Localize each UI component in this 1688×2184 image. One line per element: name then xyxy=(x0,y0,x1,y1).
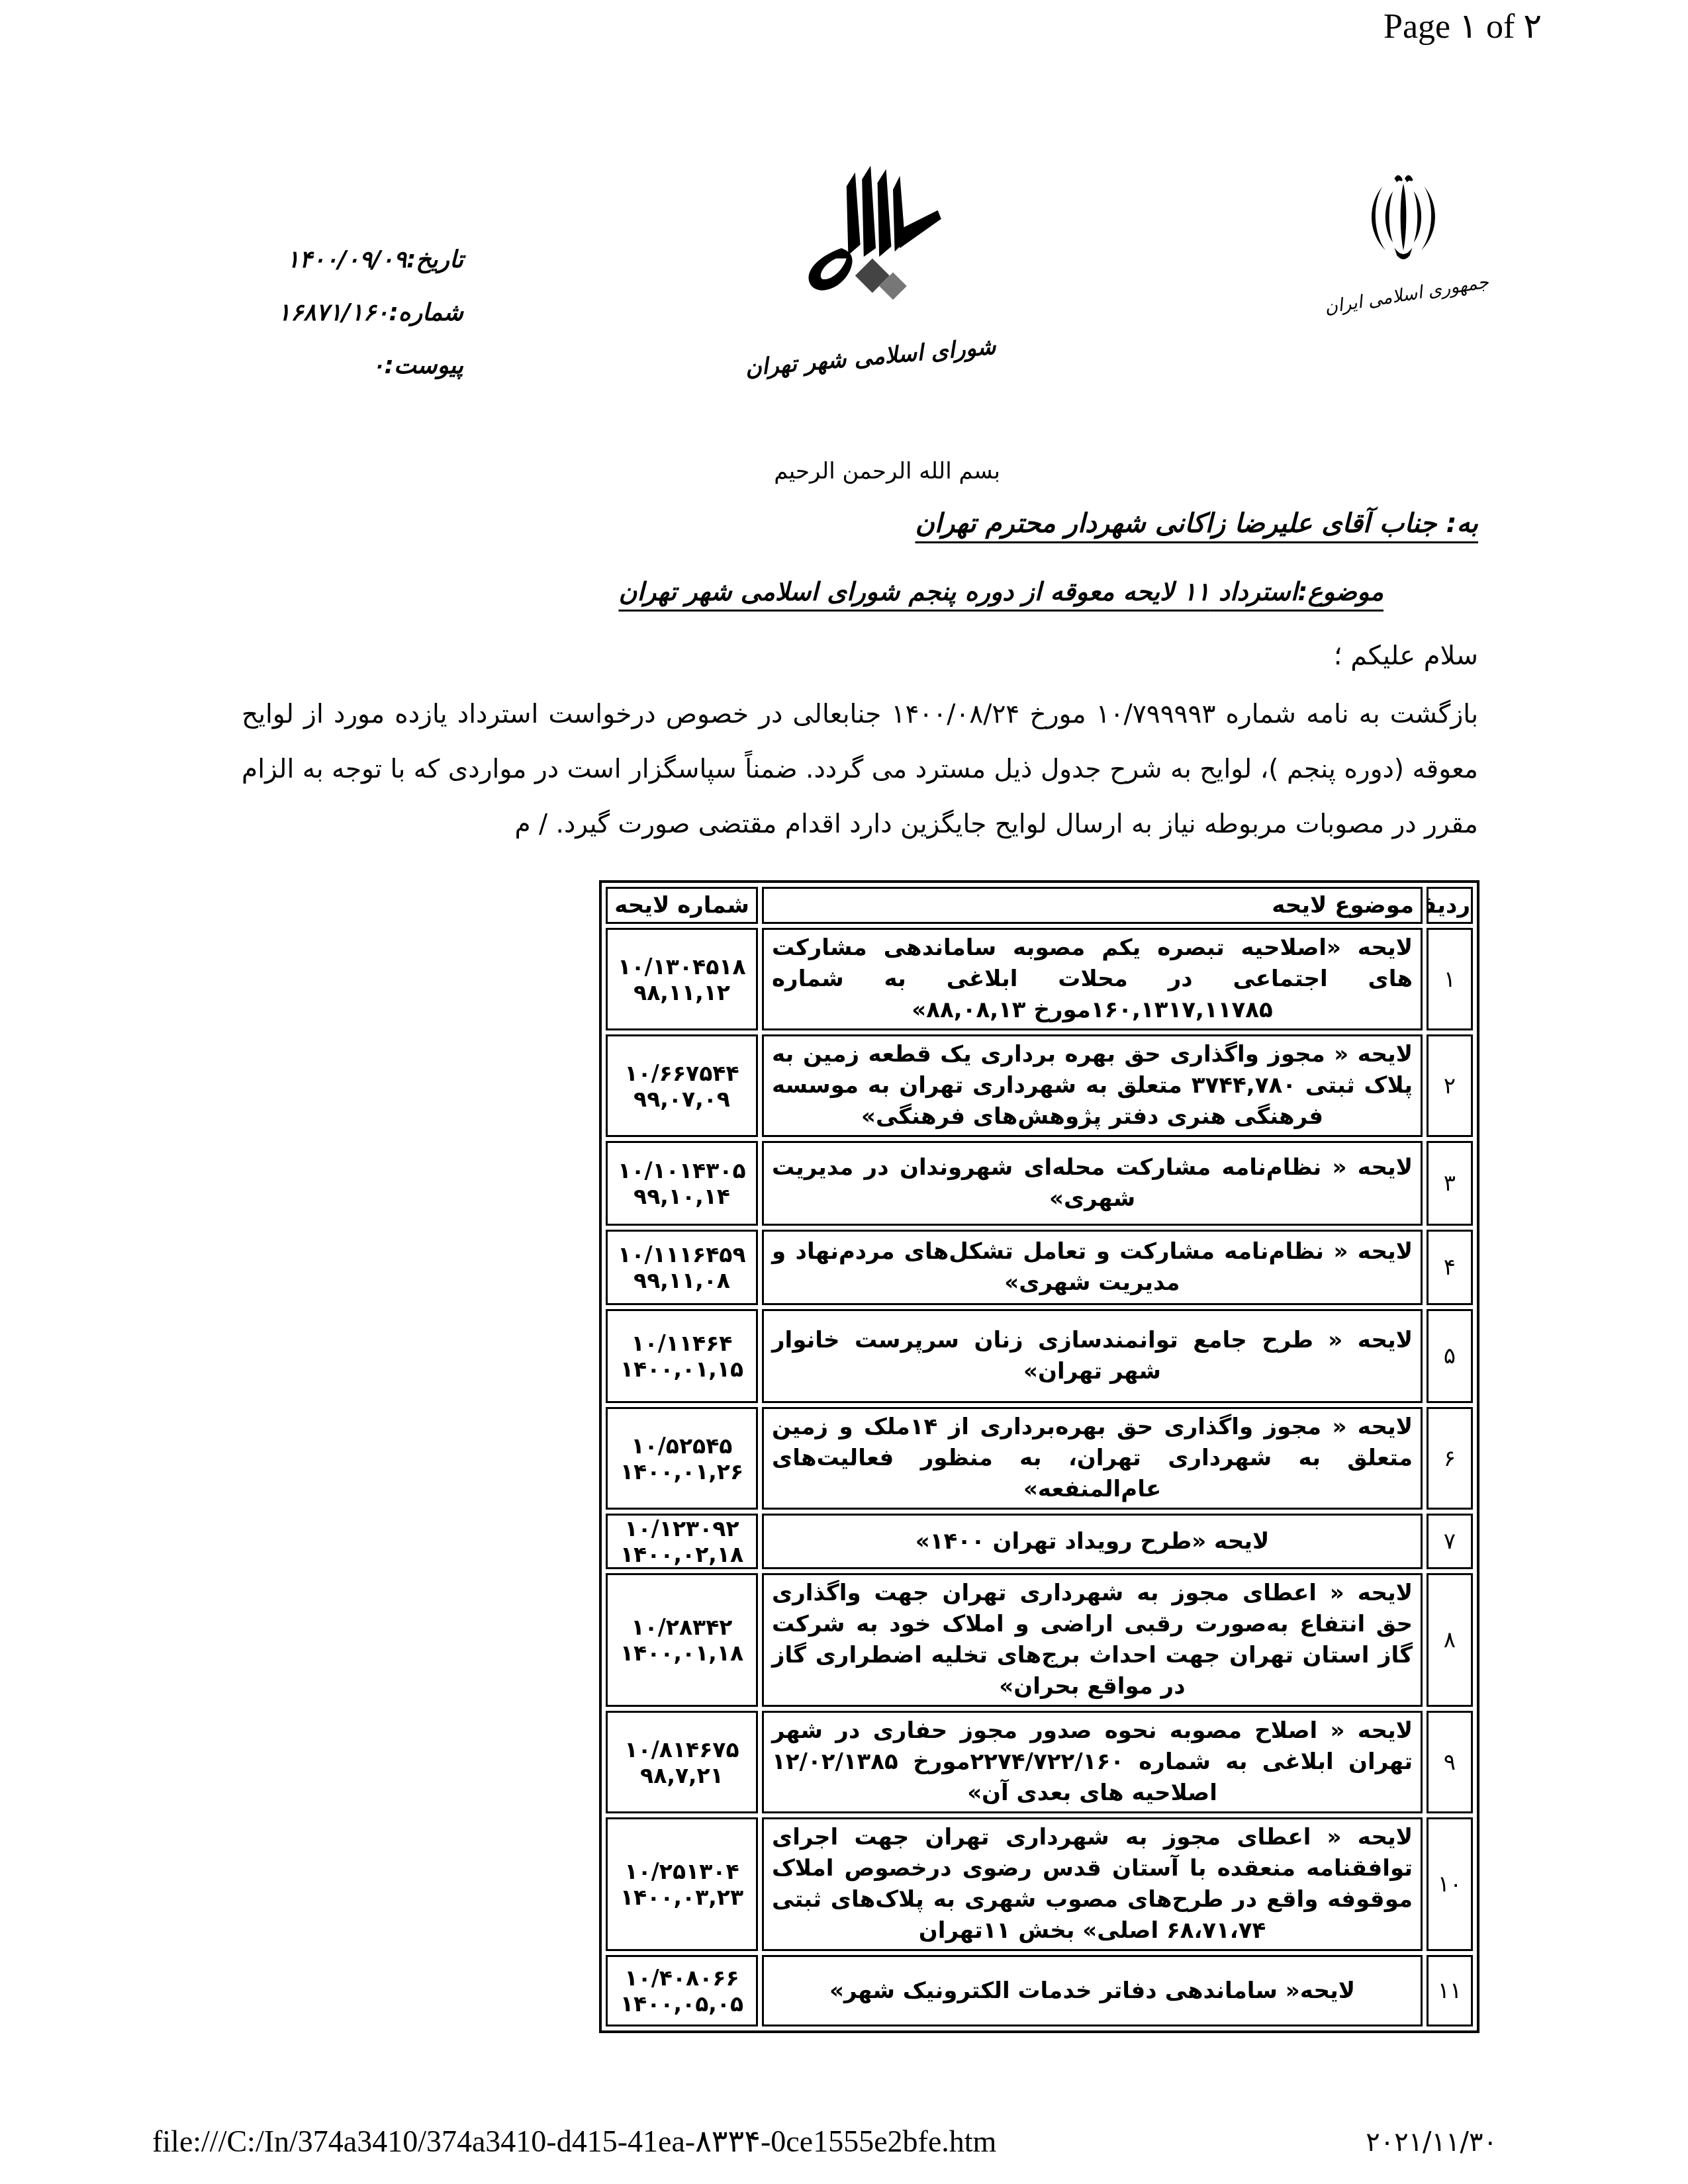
bill-number: ۱۰/۱۳۰۴۵۱۸ xyxy=(618,954,745,979)
bill-number: ۱۰/۱۲۳۰۹۲ xyxy=(624,1516,739,1541)
bill-subject: لایحه « اعطای مجوز به شهرداری تهران جهت … xyxy=(762,1817,1423,1951)
bill-date: ۱۴۰۰,۰۳,۲۳ xyxy=(620,1884,743,1910)
bill-number: ۱۰/۱۱۱۶۴۵۹ xyxy=(618,1242,745,1267)
bill-subject: لایحه « مجوز واگذاری حق بهره برداری یک ق… xyxy=(762,1034,1423,1137)
row-index: ۱ xyxy=(1427,928,1473,1030)
addressee-line: به: جناب آقای علیرضا زاکانی شهردار محترم… xyxy=(915,508,1478,539)
bill-number-date: ۱۰/۸۱۴۶۷۵۹۸,۷,۲۱ xyxy=(608,1737,756,1788)
table-row: ۹ لایحه « اصلاح مصوبه نحوه صدور مجوز حفا… xyxy=(606,1711,1473,1813)
bill-number: ۱۰/۴۰۸۰۶۶ xyxy=(624,1965,739,1991)
row-index: ۱۱ xyxy=(1427,1955,1473,2026)
bill-date: ۱۴۰۰,۰۵,۰۵ xyxy=(620,1991,743,2017)
table-row: ۴ لایحه « نظام‌نامه مشارکت و تعامل تشکل‌… xyxy=(606,1230,1473,1305)
table-row: ۱۰ لایحه « اعطای مجوز به شهرداری تهران ج… xyxy=(606,1817,1473,1951)
iran-emblem-caption: جمهوری اسلامی ایران xyxy=(1313,270,1499,319)
column-header-subject: موضوع لایحه xyxy=(762,887,1423,924)
table-row: ۳ لایحه « نظام‌نامه مشارکت محله‌ای شهرون… xyxy=(606,1141,1473,1226)
page-number: Page ۱ of ۲ xyxy=(1383,7,1542,46)
bill-subject: لایحه « نظام‌نامه مشارکت و تعامل تشکل‌ها… xyxy=(762,1230,1423,1305)
subject-line: موضوع:استرداد ۱۱ لایحه معوقه از دوره پنج… xyxy=(619,577,1384,606)
table-row: ۱ لایحه «اصلاحیه تبصره یکم مصوبه سامانده… xyxy=(606,928,1473,1030)
column-header-index: ردیف xyxy=(1427,887,1473,924)
letter-body-paragraph: بازگشت به نامه شماره ۱۰/۷۹۹۹۹۳ مورخ ۱۴۰۰… xyxy=(242,687,1478,852)
bill-number: ۱۰/۲۸۳۴۲ xyxy=(631,1614,732,1640)
bill-subject: لایحه« ساماندهی دفاتر خدمات الکترونیک شه… xyxy=(762,1955,1423,2026)
bill-number-date: ۱۰/۱۱۱۶۴۵۹۹۹,۱۱,۰۸ xyxy=(608,1242,756,1293)
bill-number-date: ۱۰/۲۸۳۴۲۱۴۰۰,۰۱,۱۸ xyxy=(608,1614,756,1666)
bill-number-date: ۱۰/۴۰۸۰۶۶۱۴۰۰,۰۵,۰۵ xyxy=(608,1965,756,2017)
row-index: ۱۰ xyxy=(1427,1817,1473,1951)
table-row: ۲ لایحه « مجوز واگذاری حق بهره برداری یک… xyxy=(606,1034,1473,1137)
table-row: ۸ لایحه « اعطای مجوز به شهرداری تهران جه… xyxy=(606,1573,1473,1707)
bill-number: ۱۰/۶۶۷۵۴۴ xyxy=(624,1060,739,1086)
row-index: ۳ xyxy=(1427,1141,1473,1226)
iran-emblem-icon xyxy=(1350,171,1456,273)
bill-date: ۹۹,۱۱,۰۸ xyxy=(633,1267,730,1293)
column-header-number: شماره لایحه xyxy=(606,887,758,924)
bill-subject: لایحه «طرح رویداد تهران ۱۴۰۰» xyxy=(762,1514,1423,1569)
bill-date: ۹۹,۰۷,۰۹ xyxy=(633,1086,730,1112)
row-index: ۲ xyxy=(1427,1034,1473,1137)
bill-date: ۱۴۰۰,۰۲,۱۸ xyxy=(620,1541,743,1567)
row-index: ۸ xyxy=(1427,1573,1473,1707)
bill-number: ۱۰/۸۱۴۶۷۵ xyxy=(624,1737,739,1762)
bills-table: ردیف موضوع لایحه شماره لایحه ۱ لایحه «اص… xyxy=(599,880,1479,2033)
bill-number: ۱۰/۵۲۵۴۵ xyxy=(631,1433,732,1459)
salutation-line: سلام علیکم ؛ xyxy=(1334,641,1478,671)
bill-date: ۱۴۰۰,۰۱,۲۶ xyxy=(620,1459,743,1484)
bill-subject: لایحه « اعطای مجوز به شهرداری تهران جهت … xyxy=(762,1573,1423,1707)
bill-number-date: ۱۰/۲۵۱۳۰۴۱۴۰۰,۰۳,۲۳ xyxy=(608,1858,756,1910)
row-index: ۴ xyxy=(1427,1230,1473,1305)
date-field: تاریخ:۱۴۰۰/۰۹/۰۹ xyxy=(152,246,463,299)
bill-number-date: ۱۰/۱۱۴۶۴۱۴۰۰,۰۱,۱۵ xyxy=(608,1330,756,1382)
table-row: ۵ لایحه « طرح جامع توانمندسازی زنان سرپر… xyxy=(606,1309,1473,1403)
council-logo-caption: شورای اسلامی شهر تهران xyxy=(741,333,1000,382)
bill-number-date: ۱۰/۶۶۷۵۴۴۹۹,۰۷,۰۹ xyxy=(608,1060,756,1112)
number-field: شماره:۱۶۸۷۱/۱۶۰ xyxy=(152,299,463,352)
footer-date: ۲۰۲۱/۱۱/۳۰ xyxy=(1366,2127,1497,2158)
row-index: ۹ xyxy=(1427,1711,1473,1813)
bill-date: ۱۴۰۰,۰۱,۱۸ xyxy=(620,1640,743,1666)
table-row: ۶ لایحه « مجوز واگذاری حق بهره‌برداری از… xyxy=(606,1407,1473,1510)
bill-number: ۱۰/۱۱۴۶۴ xyxy=(631,1330,732,1356)
bill-number-date: ۱۰/۱۲۳۰۹۲۱۴۰۰,۰۲,۱۸ xyxy=(608,1516,756,1567)
bill-date: ۹۹,۱۰,۱۴ xyxy=(633,1183,730,1209)
tehran-council-logo-icon xyxy=(788,162,947,334)
table-row: ۷ لایحه «طرح رویداد تهران ۱۴۰۰» ۱۰/۱۲۳۰۹… xyxy=(606,1514,1473,1569)
bill-number-date: ۱۰/۱۳۰۴۵۱۸۹۸,۱۱,۱۲ xyxy=(608,954,756,1005)
bill-subject: لایحه «اصلاحیه تبصره یکم مصوبه ساماندهی … xyxy=(762,928,1423,1030)
footer-file-url: file:///C:/In/374a3410/374a3410-d415-41e… xyxy=(152,2123,996,2159)
bill-subject: لایحه « مجوز واگذاری حق بهره‌برداری از ۱… xyxy=(762,1407,1423,1510)
table-header-row: ردیف موضوع لایحه شماره لایحه xyxy=(606,887,1473,924)
bill-subject: لایحه « اصلاح مصوبه نحوه صدور مجوز حفاری… xyxy=(762,1711,1423,1813)
letter-meta-fields: تاریخ:۱۴۰۰/۰۹/۰۹ شماره:۱۶۸۷۱/۱۶۰ پیوست:۰ xyxy=(152,246,463,405)
bismillah-line: بسم الله الرحمن الرحیم xyxy=(761,458,1013,484)
scanned-letter-page: Page ۱ of ۲ تاریخ:۱۴۰۰/۰۹/۰۹ شماره:۱۶۸۷۱… xyxy=(0,0,1688,2184)
bill-number: ۱۰/۱۰۱۴۳۰۵ xyxy=(618,1158,745,1183)
bill-number-date: ۱۰/۱۰۱۴۳۰۵۹۹,۱۰,۱۴ xyxy=(608,1158,756,1209)
row-index: ۶ xyxy=(1427,1407,1473,1510)
bill-subject: لایحه « نظام‌نامه مشارکت محله‌ای شهروندا… xyxy=(762,1141,1423,1226)
bill-date: ۱۴۰۰,۰۱,۱۵ xyxy=(620,1356,743,1382)
bill-subject: لایحه « طرح جامع توانمندسازی زنان سرپرست… xyxy=(762,1309,1423,1403)
attachment-field: پیوست:۰ xyxy=(152,352,463,405)
row-index: ۵ xyxy=(1427,1309,1473,1403)
bill-number-date: ۱۰/۵۲۵۴۵۱۴۰۰,۰۱,۲۶ xyxy=(608,1433,756,1484)
bill-number: ۱۰/۲۵۱۳۰۴ xyxy=(624,1858,739,1884)
bill-date: ۹۸,۱۱,۱۲ xyxy=(633,979,730,1005)
bill-date: ۹۸,۷,۲۱ xyxy=(640,1762,724,1788)
row-index: ۷ xyxy=(1427,1514,1473,1569)
table-row: ۱۱ لایحه« ساماندهی دفاتر خدمات الکترونیک… xyxy=(606,1955,1473,2026)
